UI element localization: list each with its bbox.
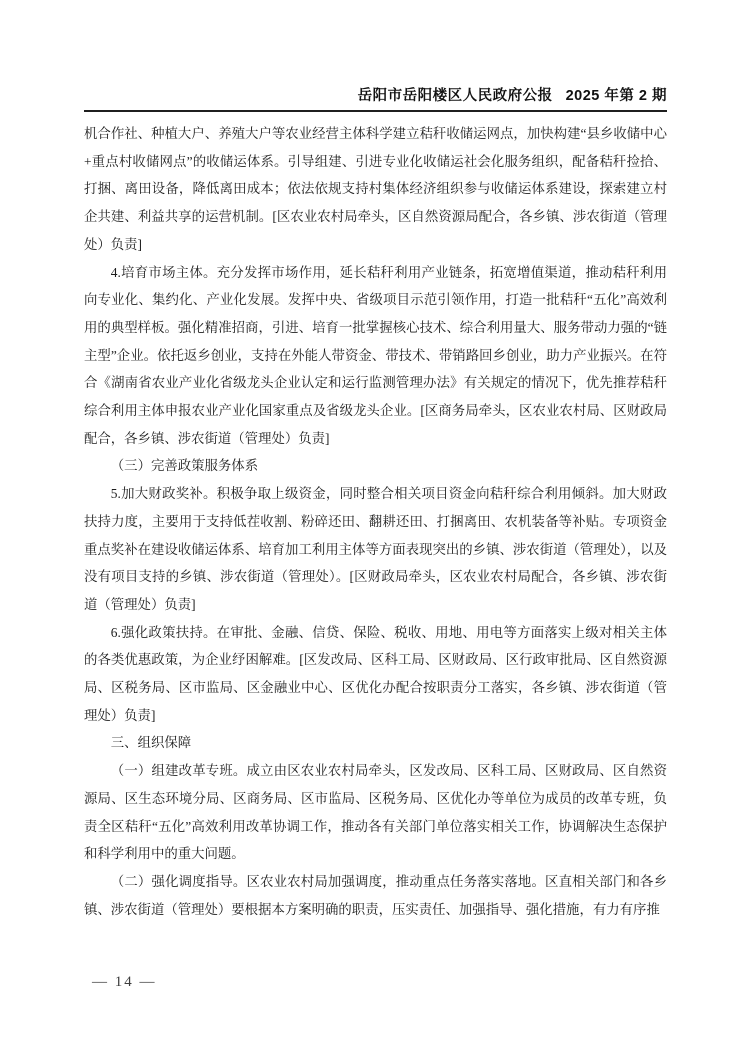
paragraph: （二）强化调度指导。区农业农村局加强调度，推动重点任务落实落地。区直相关部门和各… xyxy=(84,868,667,923)
page-footer: — 14 — xyxy=(92,974,157,991)
paragraph: （一）组建改革专班。成立由区农业农村局牵头，区发改局、区科工局、区财政局、区自然… xyxy=(84,757,667,868)
gazette-title: 岳阳市岳阳楼区人民政府公报 xyxy=(358,88,553,104)
page-number: — 14 — xyxy=(92,974,157,990)
paragraph: 4.培育市场主体。充分发挥市场作用，延长秸秆利用产业链条，拓宽增值渠道，推动秸秆… xyxy=(84,259,667,453)
paragraph: 6.强化政策扶持。在审批、金融、信贷、保险、税收、用地、用电等方面落实上级对相关… xyxy=(84,619,667,730)
gazette-page: 岳阳市岳阳楼区人民政府公报2025 年第 2 期 机合作社、种植大户、养殖大户等… xyxy=(0,0,750,1061)
page-header: 岳阳市岳阳楼区人民政府公报2025 年第 2 期 xyxy=(84,84,667,112)
gazette-issue: 2025 年第 2 期 xyxy=(566,88,667,104)
paragraph: 机合作社、种植大户、养殖大户等农业经营主体科学建立秸秆收储运网点，加快构建“县乡… xyxy=(84,120,667,259)
document-body: 机合作社、种植大户、养殖大户等农业经营主体科学建立秸秆收储运网点，加快构建“县乡… xyxy=(84,120,667,923)
paragraph: 三、组织保障 xyxy=(84,729,667,757)
paragraph: 5.加大财政奖补。积极争取上级资金，同时整合相关项目资金向秸秆综合利用倾斜。加大… xyxy=(84,480,667,619)
paragraph: （三）完善政策服务体系 xyxy=(84,452,667,480)
